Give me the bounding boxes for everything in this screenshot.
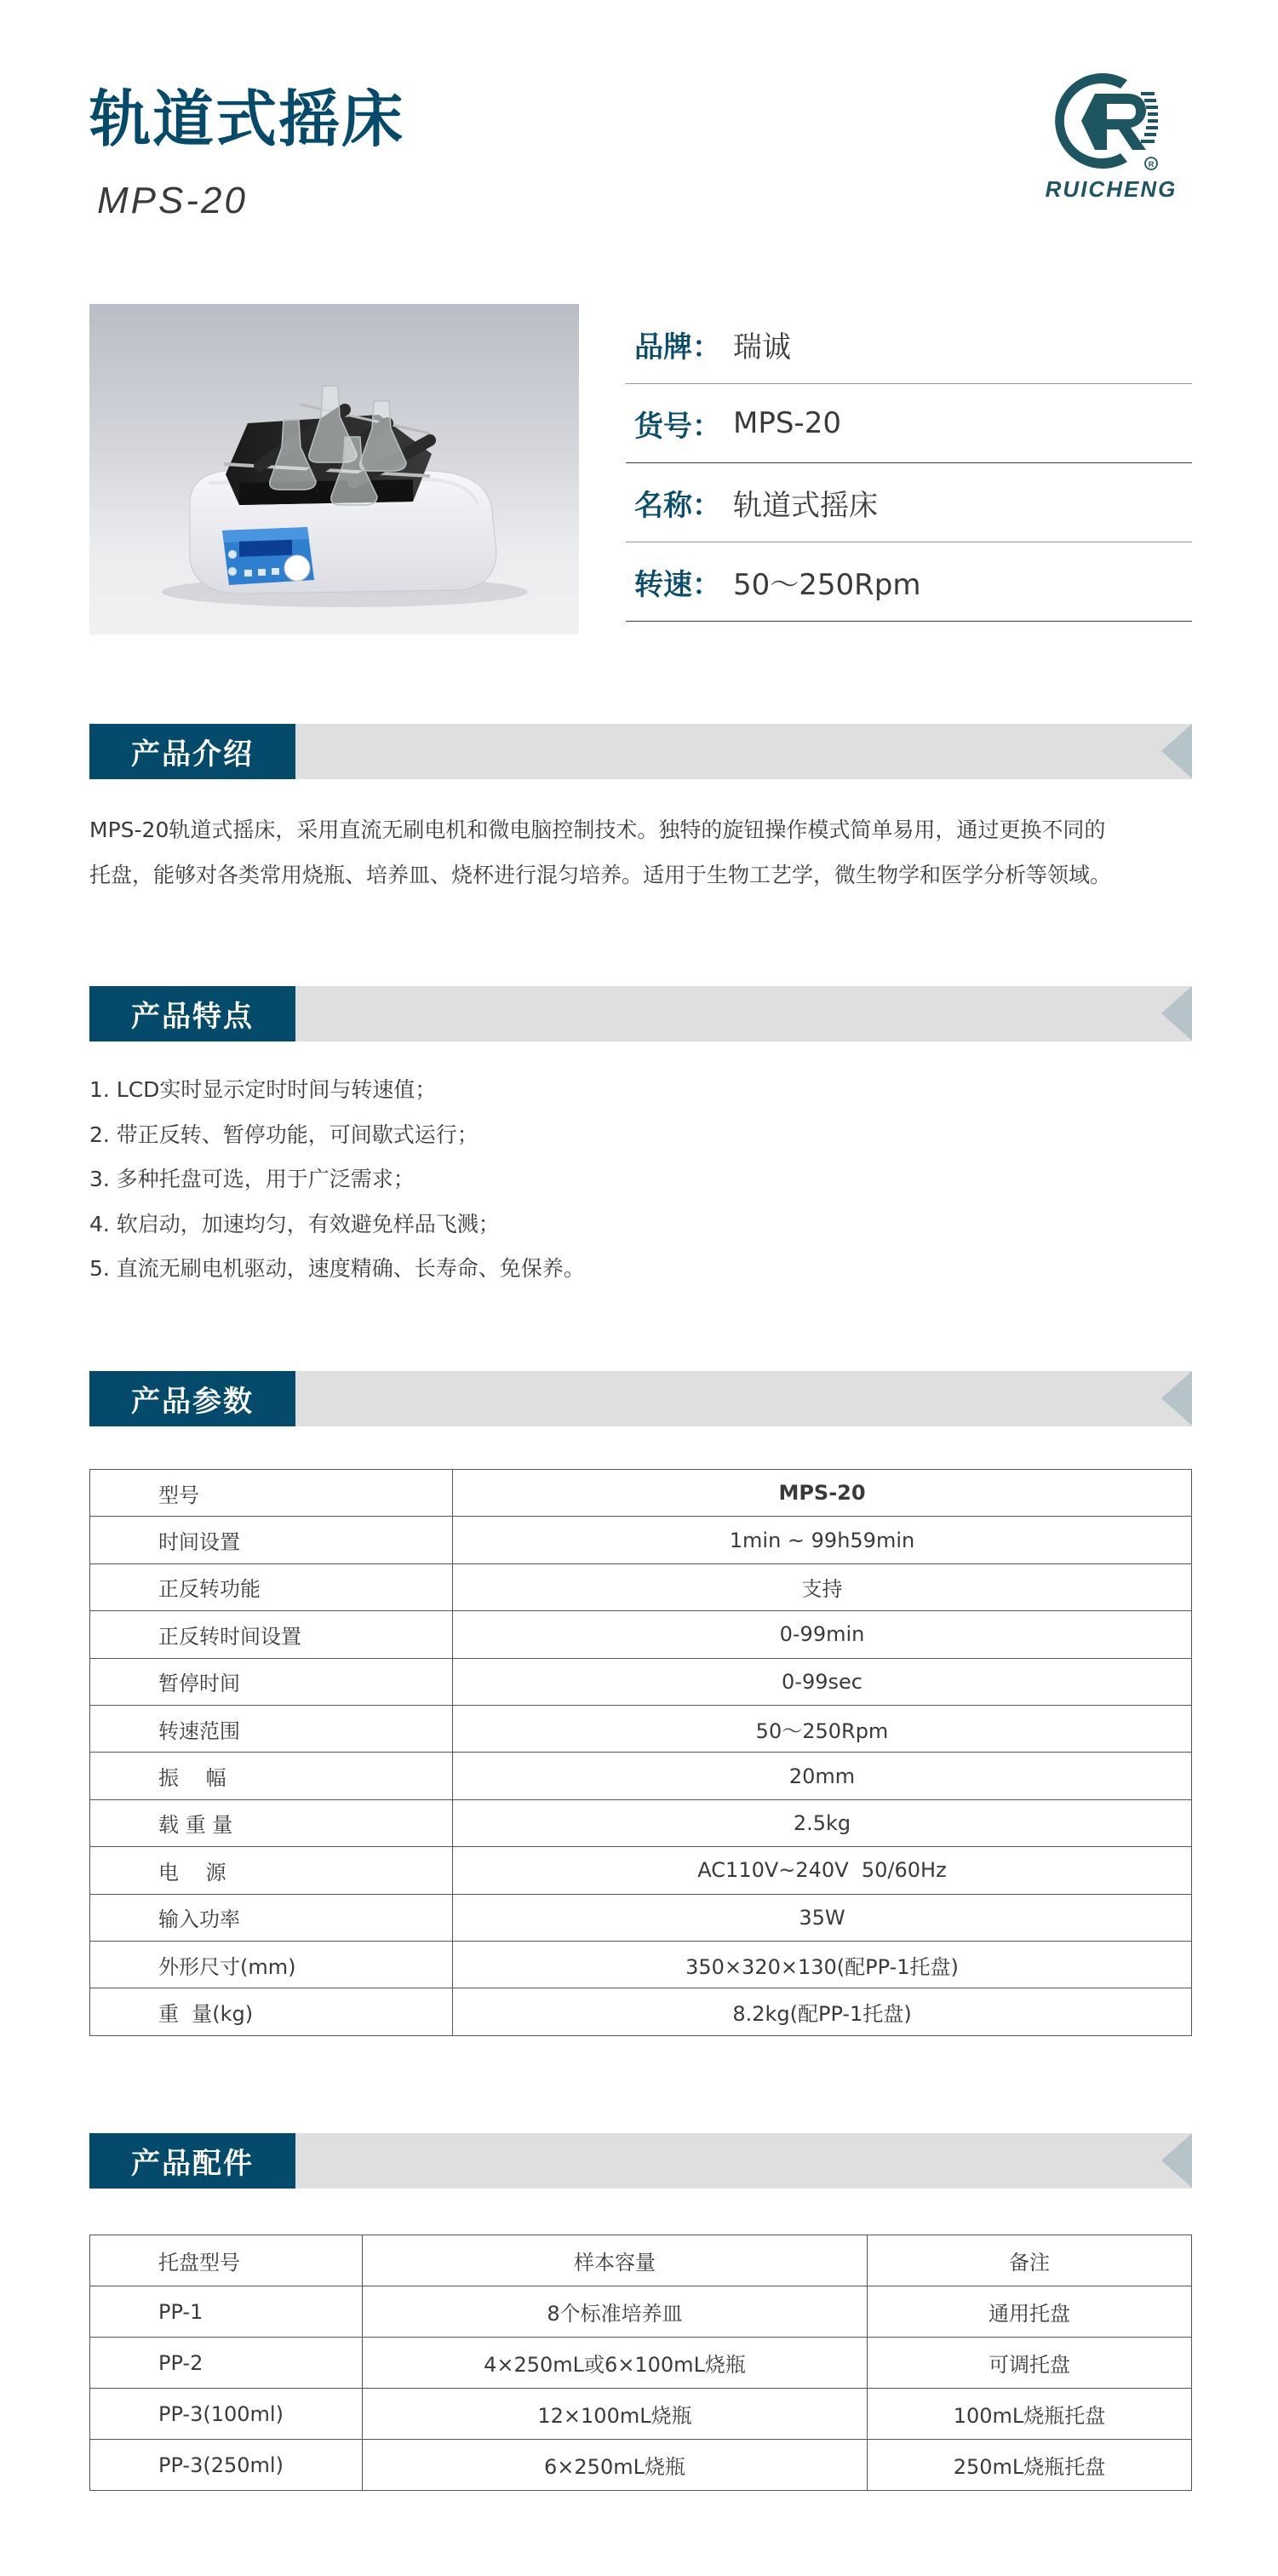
feature-item: 2. 带正反转、暂停功能，可间歇式运行；: [89, 1113, 1111, 1158]
param-value: 0-99min: [453, 1611, 1192, 1658]
table-row: 转速范围50～250Rpm: [90, 1705, 1192, 1752]
param-name: 外形尺寸(mm): [90, 1941, 453, 1988]
param-name: 输入功率: [90, 1894, 453, 1941]
param-name: 振 幅: [90, 1753, 453, 1799]
tray-model: PP-2: [90, 2338, 363, 2389]
feature-item: 1. LCD实时显示定时时间与转速值；: [89, 1068, 1111, 1113]
tray-capacity: 4×250mL或6×100mL烧瓶: [363, 2338, 868, 2389]
tray-capacity: 8个标准培养皿: [363, 2286, 868, 2338]
param-value: 支持: [453, 1563, 1192, 1610]
param-value: 2.5kg: [453, 1799, 1192, 1846]
info-label: 品牌：: [634, 324, 721, 365]
table-header-row: 托盘型号 样本容量 备注: [90, 2235, 1192, 2286]
column-header-tray-model: 托盘型号: [90, 2235, 363, 2286]
info-row-name: 名称： 轨道式摇床: [626, 463, 1192, 542]
section-title: 产品介绍: [89, 724, 295, 779]
table-row: 暂停时间0-99sec: [90, 1658, 1192, 1705]
brand-logo: R RUICHENG: [1005, 68, 1218, 213]
table-row: 时间设置1min ~ 99h59min: [90, 1517, 1192, 1563]
page-model-subtitle: MPS-20: [97, 182, 248, 220]
table-row: PP-3(250ml) 6×250mL烧瓶 250mL烧瓶托盘: [90, 2440, 1192, 2491]
param-value: AC110V~240V 50/60Hz: [453, 1847, 1192, 1894]
param-name: 正反转时间设置: [90, 1611, 453, 1658]
section-header-features: 产品特点: [89, 986, 1192, 1041]
tray-notes: 250mL烧瓶托盘: [868, 2440, 1192, 2491]
param-value: MPS-20: [453, 1470, 1192, 1517]
param-name: 载 重 量: [90, 1799, 453, 1846]
column-header-capacity: 样本容量: [363, 2235, 868, 2286]
ruicheng-logo-icon: R: [1046, 68, 1173, 175]
param-name: 电 源: [90, 1847, 453, 1894]
intro-line: 托盘，能够对各类常用烧瓶、培养皿、烧杯进行混匀培养。适用于生物工艺学，微生物学和…: [89, 852, 1196, 898]
table-row: 正反转时间设置0-99min: [90, 1611, 1192, 1658]
param-name: 正反转功能: [90, 1563, 453, 1610]
table-row: PP-3(100ml) 12×100mL烧瓶 100mL烧瓶托盘: [90, 2389, 1192, 2440]
page-title: 轨道式摇床: [89, 89, 404, 150]
section-title: 产品特点: [89, 986, 295, 1041]
table-row: PP-2 4×250mL或6×100mL烧瓶 可调托盘: [90, 2338, 1192, 2389]
param-value: 8.2kg(配PP-1托盘): [453, 1988, 1192, 2035]
tray-notes: 通用托盘: [868, 2286, 1192, 2338]
param-value: 50～250Rpm: [453, 1705, 1192, 1752]
feature-item: 4. 软启动，加速均匀，有效避免样品飞溅；: [89, 1202, 1111, 1248]
info-label: 货号：: [634, 403, 721, 445]
section-header-accessories: 产品配件: [89, 2133, 1192, 2189]
triangle-arrow-icon: [1161, 1371, 1192, 1426]
accessories-table: 托盘型号 样本容量 备注 PP-1 8个标准培养皿 通用托盘 PP-2 4×25…: [89, 2235, 1192, 2491]
table-row: 型号MPS-20: [90, 1470, 1192, 1517]
info-value: 轨道式摇床: [733, 482, 878, 524]
param-name: 重 量(kg): [90, 1988, 453, 2035]
triangle-arrow-icon: [1161, 986, 1192, 1041]
param-value: 350×320×130(配PP-1托盘): [453, 1941, 1192, 1988]
param-name: 时间设置: [90, 1517, 453, 1563]
param-value: 0-99sec: [453, 1658, 1192, 1705]
column-header-notes: 备注: [868, 2235, 1192, 2286]
info-value: 50～250Rpm: [733, 561, 921, 603]
info-value: MPS-20: [733, 406, 841, 440]
tray-model: PP-3(250ml): [90, 2440, 363, 2491]
info-row-sku: 货号： MPS-20: [626, 384, 1192, 463]
tray-notes: 100mL烧瓶托盘: [868, 2389, 1192, 2440]
table-row: 正反转功能支持: [90, 1563, 1192, 1610]
svg-text:R: R: [1149, 160, 1155, 169]
tray-model: PP-3(100ml): [90, 2389, 363, 2440]
param-name: 转速范围: [90, 1705, 453, 1752]
table-row: 外形尺寸(mm)350×320×130(配PP-1托盘): [90, 1941, 1192, 1988]
info-row-brand: 品牌： 瑞诚: [626, 305, 1192, 384]
triangle-arrow-icon: [1161, 2133, 1192, 2188]
info-label: 转速：: [634, 561, 721, 603]
triangle-arrow-icon: [1161, 724, 1192, 778]
info-row-speed: 转速： 50～250Rpm: [626, 542, 1192, 622]
table-row: 输入功率35W: [90, 1894, 1192, 1941]
section-header-intro: 产品介绍: [89, 724, 1192, 779]
intro-line: MPS-20轨道式摇床，采用直流无刷电机和微电脑控制技术。独特的旋钮操作模式简单…: [89, 807, 1196, 852]
section-title: 产品参数: [89, 1371, 295, 1426]
param-value: 35W: [453, 1894, 1192, 1941]
section-title: 产品配件: [89, 2133, 295, 2189]
tray-notes: 可调托盘: [868, 2338, 1192, 2389]
logo-wordmark: RUICHENG: [1005, 176, 1218, 203]
feature-item: 3. 多种托盘可选，用于广泛需求；: [89, 1157, 1111, 1202]
table-row: 载 重 量2.5kg: [90, 1799, 1192, 1846]
info-label: 名称：: [634, 482, 721, 524]
intro-paragraph: MPS-20轨道式摇床，采用直流无刷电机和微电脑控制技术。独特的旋钮操作模式简单…: [89, 807, 1196, 898]
tray-capacity: 12×100mL烧瓶: [363, 2389, 868, 2440]
table-row: PP-1 8个标准培养皿 通用托盘: [90, 2286, 1192, 2338]
table-row: 重 量(kg)8.2kg(配PP-1托盘): [90, 1988, 1192, 2035]
param-value: 20mm: [453, 1753, 1192, 1799]
section-header-params: 产品参数: [89, 1371, 1192, 1426]
tray-model: PP-1: [90, 2286, 363, 2338]
table-row: 电 源AC110V~240V 50/60Hz: [90, 1847, 1192, 1894]
tray-capacity: 6×250mL烧瓶: [363, 2440, 868, 2491]
feature-item: 5. 直流无刷电机驱动，速度精确、长寿命、免保养。: [89, 1247, 1111, 1292]
table-row: 振 幅20mm: [90, 1753, 1192, 1799]
param-name: 型号: [90, 1470, 453, 1517]
info-value: 瑞诚: [733, 324, 791, 365]
product-photo: [89, 304, 579, 634]
params-table: 型号MPS-20 时间设置1min ~ 99h59min 正反转功能支持 正反转…: [89, 1469, 1192, 2036]
param-value: 1min ~ 99h59min: [453, 1517, 1192, 1563]
orbital-shaker-image-icon: [89, 304, 579, 634]
feature-list: 1. LCD实时显示定时时间与转速值； 2. 带正反转、暂停功能，可间歇式运行；…: [89, 1068, 1111, 1292]
param-name: 暂停时间: [90, 1658, 453, 1705]
